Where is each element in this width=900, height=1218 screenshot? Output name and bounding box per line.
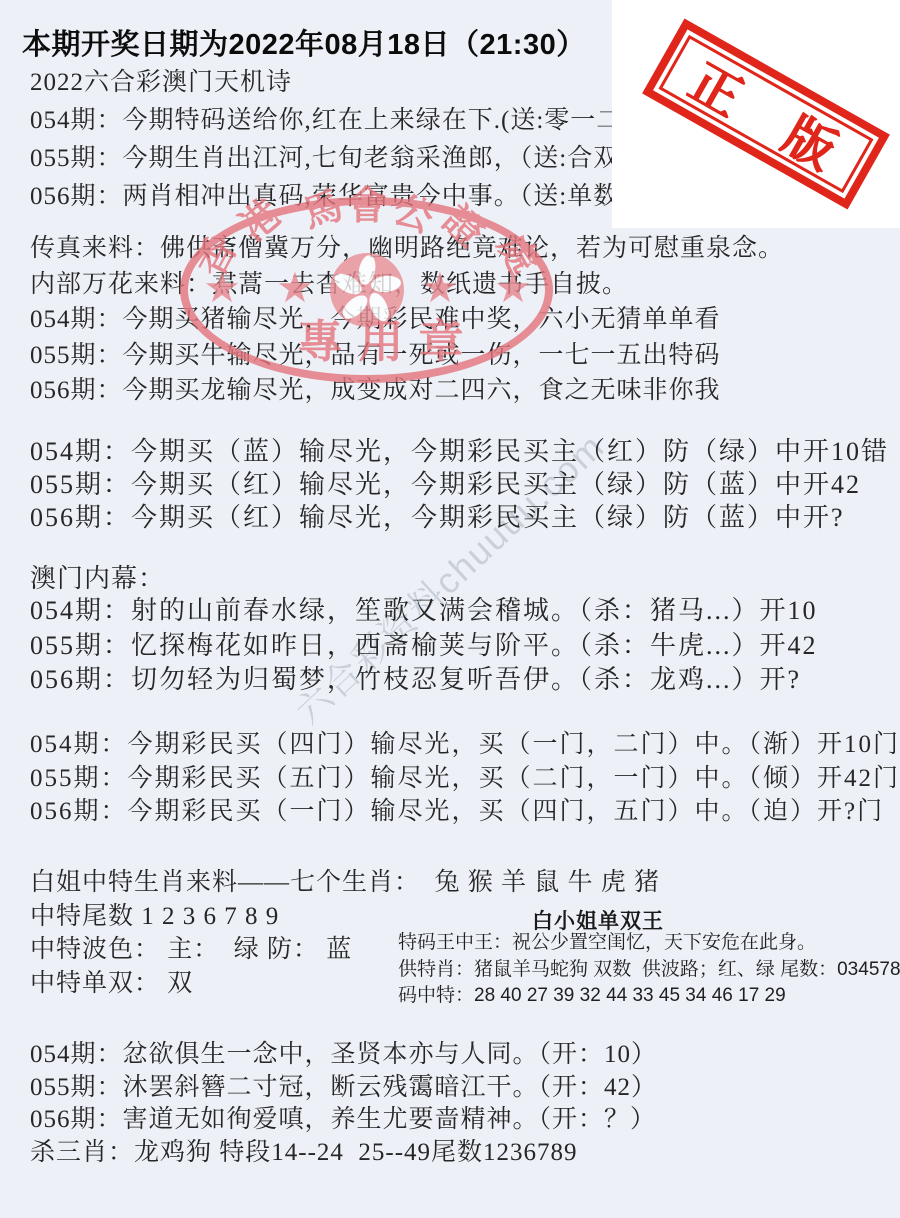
tip-line: 056期：两肖相冲出真码,荣华富贵今中事。（送:单数出） — [30, 178, 700, 216]
section-wang: 特码王中王：祝公少置空闺忆，天下安危在此身。 供特肖：猪鼠羊马蛇狗 双数 供波路… — [398, 930, 900, 1010]
tip-line: 056期：今期买龙输尽光，成变成对二四六，食之无味非你我 — [30, 373, 784, 409]
tip-line: 内部万花来料：焄蒿一去杳难知，数纸遗书手自披。 — [30, 267, 784, 303]
tip-line: 杀三肖：龙鸡狗 特段14--24 25--49尾数1236789 — [30, 1137, 657, 1170]
section-results: 054期：忿欲俱生一念中，圣贤本亦与人同。（开：10） 055期：沐罢斜簪二寸冠… — [30, 1039, 657, 1169]
tip-line: 055期：今期买牛输尽光，品有一死或一伤，一七一五出特码 — [30, 338, 784, 374]
tip-line: 055期：沐罢斜簪二寸冠，断云残霭暗江干。（开：42） — [30, 1072, 657, 1105]
tip-line: 054期：今期买猪输尽光，今期彩民难中奖，六小无猜单单看 — [30, 302, 784, 338]
tip-line: 供特肖：猪鼠羊马蛇狗 双数 供波路；红、绿 尾数：0345789 — [398, 957, 900, 984]
tip-line: 055期：今期买（红）输尽光，今期彩民买主（绿）防（蓝）中开42 — [30, 468, 889, 501]
tip-line: 055期：今期彩民买（五门）输尽光，买（二门，一门）中。（倾）开42门错 — [30, 762, 900, 796]
tip-line: 056期：今期彩民买（一门）输尽光，买（四门，五门）中。（迫）开?门 — [30, 795, 900, 829]
section-heading-neimu: 澳门内幕： — [30, 558, 165, 595]
section-neimu: 054期：射的山前春水绿，笙歌又满会稽城。（杀：猪马...）开10 055期：忆… — [30, 594, 818, 698]
tip-line: 056期：今期买（红）输尽光，今期彩民买主（绿）防（蓝）中开? — [30, 501, 889, 534]
tip-line: 054期：今期彩民买（四门）输尽光，买（一门，二门）中。（渐）开10门 — [30, 728, 900, 762]
tip-line: 055期：今期生肖出江河,七旬老翁采渔郎，（送:合双中） — [30, 140, 700, 178]
tip-line: 传真来料：佛供斋僧冀万分，幽明路绝竟难论，若为可慰重泉念。 — [30, 231, 784, 267]
tip-line: 码中特：28 40 27 39 32 44 33 45 34 46 17 29 — [398, 983, 900, 1010]
page-title: 本期开奖日期为2022年08月18日（21:30） — [22, 22, 586, 63]
lottery-tips-sheet: 六合彩资料chuuuu.com 本期开奖日期为2022年08月18日（21:30… — [0, 0, 900, 1218]
tip-line: 054期：忿欲俱生一念中，圣贤本亦与人同。（开：10） — [30, 1039, 657, 1072]
tip-line: 白姐中特生肖来料——七个生肖： 兔 猴 羊 鼠 牛 虎 猪 — [30, 866, 660, 900]
tip-line: 055期：忆探梅花如昨日，西斋榆荚与阶平。（杀：牛虎...）开42 — [30, 629, 818, 664]
section-laoliao: 传真来料：佛供斋僧冀万分，幽明路绝竟难论，若为可慰重泉念。 内部万花来料：焄蒿一… — [30, 231, 784, 409]
tip-line: 054期：今期买（蓝）输尽光，今期彩民买主（红）防（绿）中开10错 — [30, 435, 889, 468]
tip-line: 054期：射的山前春水绿，笙歌又满会稽城。（杀：猪马...）开10 — [30, 594, 818, 629]
tip-line: 056期：害道无如徇爱嗔，养生尤要啬精神。（开：？） — [30, 1104, 657, 1137]
section-doors: 054期：今期彩民买（四门）输尽光，买（一门，二门）中。（渐）开10门 055期… — [30, 728, 900, 829]
tip-line: 054期：今期特码送给你,红在上来绿在下.(送:零一二头开） — [30, 102, 700, 140]
section-tianjishi: 2022六合彩澳门天机诗 054期：今期特码送给你,红在上来绿在下.(送:零一二… — [30, 64, 700, 216]
tip-line: 特码王中王：祝公少置空闺忆，天下安危在此身。 — [398, 930, 900, 957]
section-color-tips: 054期：今期买（蓝）输尽光，今期彩民买主（红）防（绿）中开10错 055期：今… — [30, 435, 889, 534]
tip-line: 056期：切勿轻为归蜀梦，竹枝忍复听吾伊。（杀：龙鸡...）开? — [30, 663, 818, 698]
section-heading: 2022六合彩澳门天机诗 — [30, 64, 700, 102]
